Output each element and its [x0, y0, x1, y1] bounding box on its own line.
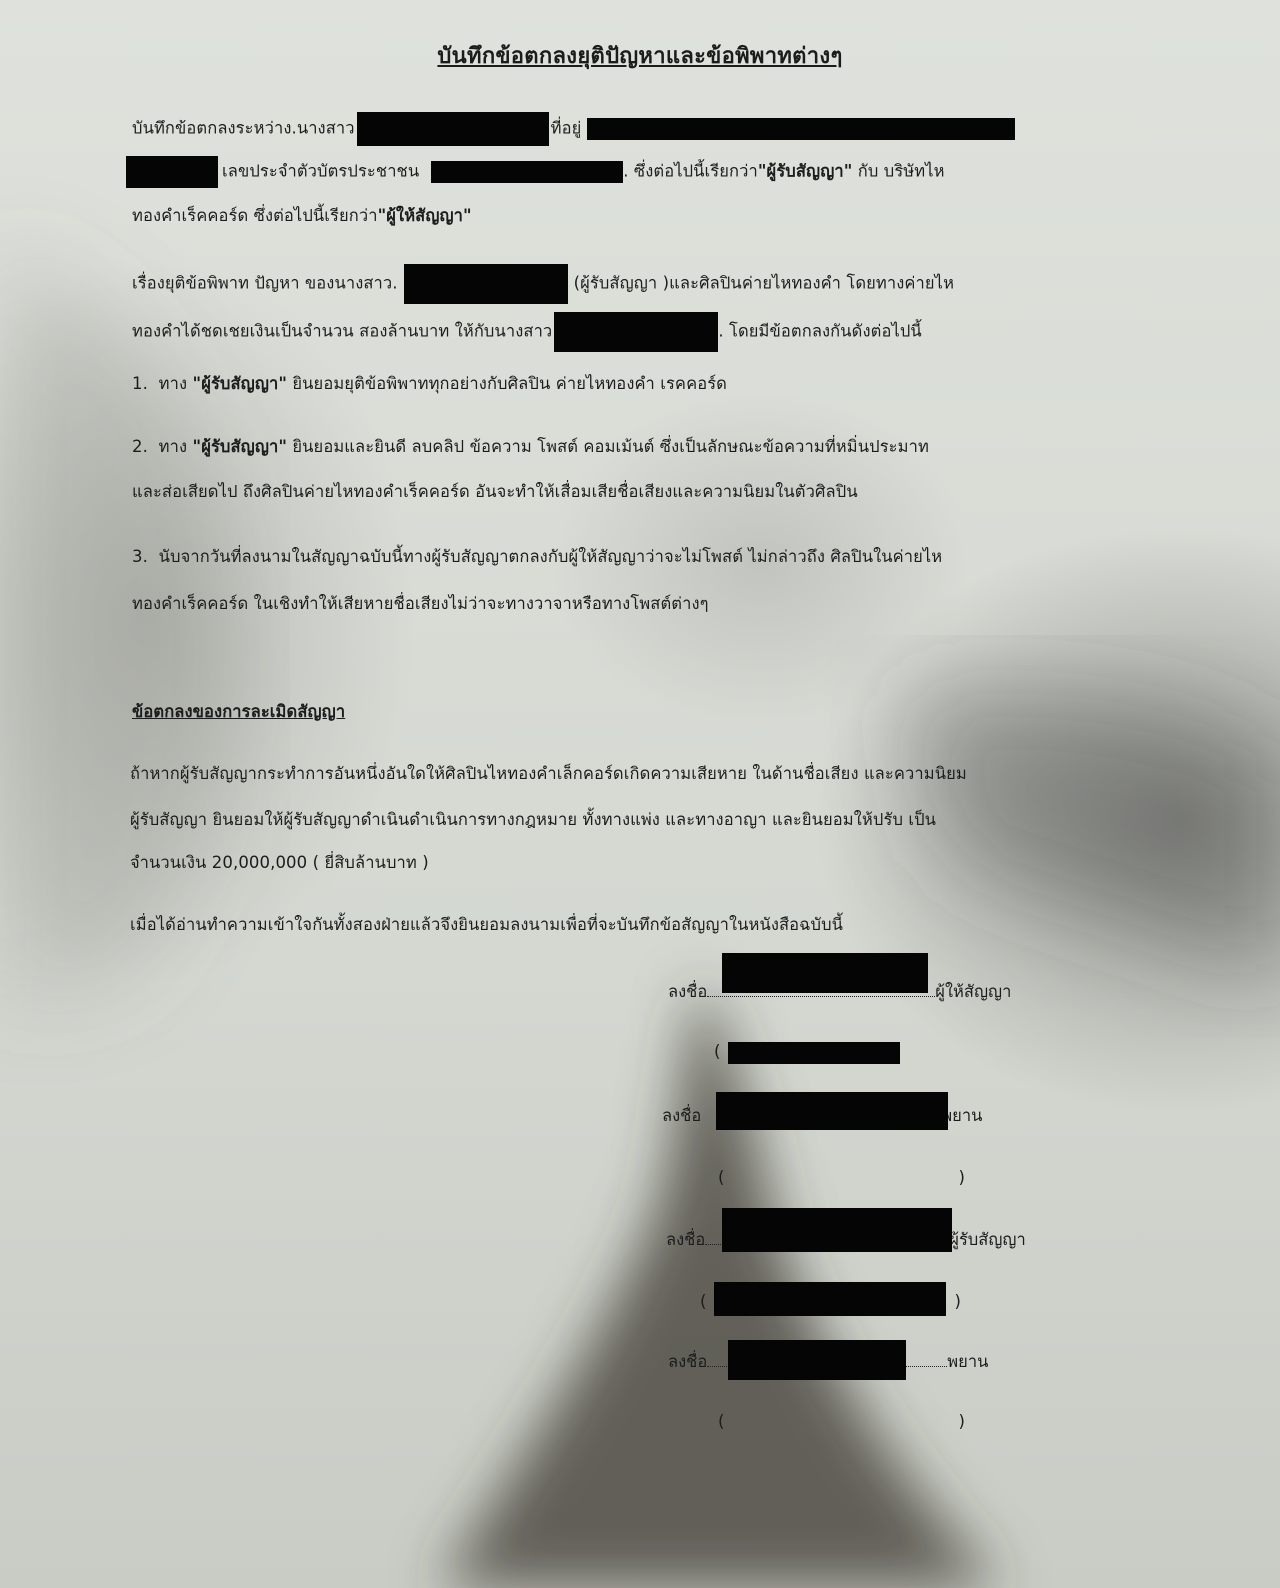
- subject-line-2: ทองคำได้ชดเชยเงินเป็นจำนวน สองล้านบาท ให…: [132, 312, 922, 352]
- open-paren: (: [718, 1412, 724, 1431]
- redacted-signature: [722, 1208, 952, 1252]
- clause-text: นับจากวันที่ลงนามในสัญญาฉบับนี้ทางผู้รับ…: [159, 547, 943, 566]
- clause-text: ทาง: [159, 437, 193, 456]
- clause-number: 3.: [132, 547, 148, 566]
- clause-2-line-1: 2. ทาง "ผู้รับสัญญา" ยินยอมและยินดี ลบคล…: [132, 435, 929, 459]
- subject-label: เรื่องยุติข้อพิพาท ปัญหา ของนางสาว.: [132, 274, 398, 293]
- recipient-term: "ผู้รับสัญญา": [758, 162, 853, 181]
- clause-3-line-1: 3. นับจากวันที่ลงนามในสัญญาฉบับนี้ทางผู้…: [132, 545, 942, 569]
- close-paren: ): [954, 1292, 960, 1311]
- address-label: ที่อยู่: [551, 119, 582, 138]
- signature-witness-2-name: (): [718, 1410, 965, 1434]
- redacted-address: [587, 118, 1015, 140]
- clause-text: ยินยอมยุติข้อพิพาททุกอย่างกับศิลปิน ค่าย…: [287, 374, 727, 393]
- document: บันทึกข้อตกลงยุติปัญหาและข้อพิพาทต่างๆ บ…: [0, 0, 1280, 1588]
- sign-label: ลงชื่อ: [666, 1230, 705, 1249]
- close-paren: ): [958, 1168, 964, 1187]
- redacted-address-cont: [126, 156, 218, 188]
- clause-text: ทาง: [159, 374, 193, 393]
- redacted-printed-name: [728, 1042, 900, 1064]
- clause-text: และส่อเสียดไป ถึงศิลปินค่ายไหทองคำเร็คคอ…: [132, 482, 858, 501]
- intro-parties-label: บันทึกข้อตกลงระหว่าง.นางสาว: [132, 119, 355, 138]
- grantor-term: "ผู้ให้สัญญา": [378, 206, 472, 225]
- intro-line-3: ทองคำเร็คคอร์ด ซึ่งต่อไปนี้เรียกว่า"ผู้ใ…: [132, 204, 472, 228]
- redacted-name: [554, 312, 718, 352]
- company-name-end: ทองคำเร็คคอร์ด ซึ่งต่อไปนี้เรียกว่า: [132, 206, 378, 225]
- clause-number: 2.: [132, 437, 148, 456]
- redacted-id-number: [431, 161, 623, 183]
- open-paren: (: [714, 1042, 720, 1061]
- clause-text: ทองคำเร็คคอร์ด ในเชิงทำให้เสียหายชื่อเสี…: [132, 594, 709, 613]
- subject-parties: (ผู้รับสัญญา )และศิลปินค่ายไหทองคำ โดยทา…: [574, 274, 954, 293]
- sign-label: ลงชื่อ: [668, 1352, 707, 1371]
- clause-text: ยินยอมและยินดี ลบคลิป ข้อความ โพสต์ คอมเ…: [287, 437, 929, 456]
- subject-line-1: เรื่องยุติข้อพิพาท ปัญหา ของนางสาว.(ผู้ร…: [132, 264, 954, 304]
- redacted-signature: [716, 1092, 948, 1130]
- signature-role: ผู้รับสัญญา: [949, 1230, 1025, 1249]
- compensation-text: ทองคำได้ชดเชยเงินเป็นจำนวน สองล้านบาท ให…: [132, 322, 552, 341]
- signature-role: พยาน: [947, 1352, 988, 1371]
- clause-2-line-2: และส่อเสียดไป ถึงศิลปินค่ายไหทองคำเร็คคอ…: [132, 480, 858, 504]
- clause-number: 1.: [132, 374, 148, 393]
- clause-3-line-2: ทองคำเร็คคอร์ด ในเชิงทำให้เสียหายชื่อเสี…: [132, 592, 709, 616]
- open-paren: (: [700, 1292, 706, 1311]
- hereinafter-text: . ซึ่งต่อไปนี้เรียกว่า: [623, 162, 758, 181]
- signature-role: ผู้ให้สัญญา: [935, 982, 1011, 1001]
- recipient-term: "ผู้รับสัญญา": [193, 437, 288, 456]
- breach-line-3-penalty: จำนวนเงิน 20,000,000 ( ยี่สิบล้านบาท ): [130, 851, 429, 875]
- close-paren: ): [958, 1412, 964, 1431]
- agreement-intro: . โดยมีข้อตกลงกันดังต่อไปนี้: [718, 322, 922, 341]
- sign-label: ลงชื่อ: [668, 982, 707, 1001]
- closing-statement: เมื่อได้อ่านทำความเข้าใจกันทั้งสองฝ่ายแล…: [130, 913, 843, 937]
- breach-line-2: ผู้รับสัญญา ยินยอมให้ผู้รับสัญญาดำเนินดำ…: [130, 808, 936, 832]
- intro-line-2: เลขประจำตัวบัตรประชาชน. ซึ่งต่อไปนี้เรีย…: [126, 156, 945, 188]
- id-card-label: เลขประจำตัวบัตรประชาชน: [222, 162, 419, 181]
- recipient-term: "ผู้รับสัญญา": [193, 374, 288, 393]
- clause-1: 1. ทาง "ผู้รับสัญญา" ยินยอมยุติข้อพิพาทท…: [132, 372, 727, 396]
- document-title: บันทึกข้อตกลงยุติปัญหาและข้อพิพาทต่างๆ: [0, 38, 1280, 73]
- redacted-name: [404, 264, 568, 304]
- redacted-name: [357, 112, 549, 146]
- company-name-start: กับ บริษัทไห: [852, 162, 944, 181]
- redacted-printed-name: [714, 1282, 946, 1316]
- breach-heading: ข้อตกลงของการละเมิดสัญญา: [132, 700, 345, 724]
- redacted-signature: [722, 953, 928, 993]
- intro-line-1: บันทึกข้อตกลงระหว่าง.นางสาวที่อยู่: [132, 112, 1015, 146]
- breach-line-1: ถ้าหากผู้รับสัญญากระทำการอันหนึ่งอันใดให…: [130, 762, 967, 786]
- sign-label: ลงชื่อ: [662, 1106, 701, 1125]
- signature-witness-1-name: (): [718, 1166, 965, 1190]
- redacted-signature: [728, 1340, 906, 1380]
- open-paren: (: [718, 1168, 724, 1187]
